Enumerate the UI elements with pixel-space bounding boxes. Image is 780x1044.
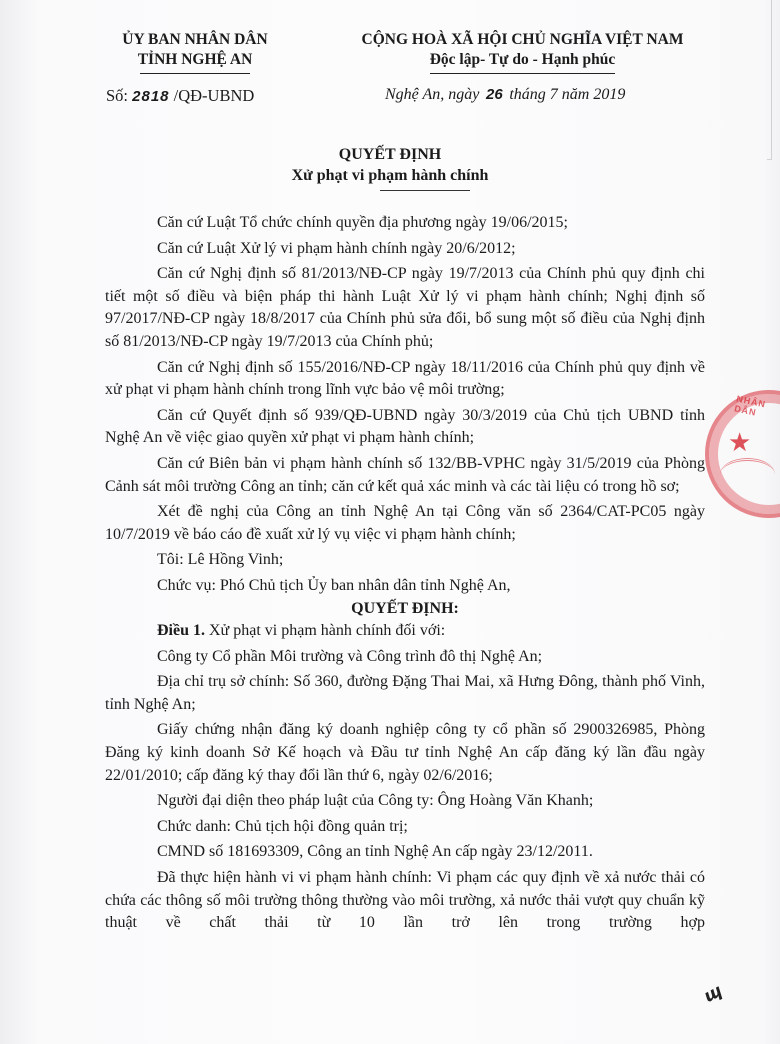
article-1-label: Điều 1.: [157, 622, 205, 639]
issue-date: Nghệ An, ngày 26 tháng 7 năm 2019: [385, 86, 625, 104]
article-1-line: Người đại diện theo pháp luật của Công t…: [105, 790, 705, 813]
article-1-line: Giấy chứng nhận đăng ký doanh nghiệp côn…: [105, 719, 705, 787]
page-edge-shadow: [771, 0, 772, 160]
agency-line-2: TỈNH NGHỆ AN: [95, 50, 295, 70]
agency-line-1: ỦY BAN NHÂN DÂN: [95, 30, 295, 50]
document-page: ỦY BAN NHÂN DÂN TỈNH NGHỆ AN Số: 2818 /Q…: [0, 0, 780, 1044]
nation-line-1: CỘNG HOÀ XÃ HỘI CHỦ NGHĨA VIỆT NAM: [335, 30, 710, 50]
date-day-handwritten: 26: [483, 86, 505, 103]
page-initials-signature: ɰ: [700, 981, 725, 1007]
preamble-paragraph: Căn cứ Nghị định số 81/2013/NĐ-CP ngày 1…: [105, 263, 705, 353]
article-1-line: Địa chỉ trụ sở chính: Số 360, đường Đặng…: [105, 671, 705, 716]
date-prefix: Nghệ An, ngày: [385, 86, 479, 103]
document-number: Số: 2818 /QĐ-UBND: [106, 86, 254, 106]
signer-position: Chức vụ: Phó Chủ tịch Ủy ban nhân dân tỉ…: [105, 575, 705, 598]
document-subtitle: Xử phạt vi phạm hành chính: [0, 167, 780, 185]
document-title: QUYẾT ĐỊNH: [0, 146, 780, 164]
doc-number-prefix: Số:: [106, 86, 128, 105]
preamble-paragraph: Căn cứ Luật Tổ chức chính quyền địa phươ…: [105, 212, 705, 235]
seal-emblem: [720, 458, 775, 491]
doc-number-handwritten: 2818: [132, 88, 169, 105]
article-1-heading: Điều 1. Xử phạt vi phạm hành chính đối v…: [105, 620, 705, 643]
preamble-paragraph: Căn cứ Nghị định số 155/2016/NĐ-CP ngày …: [105, 357, 705, 402]
doc-number-suffix: /QĐ-UBND: [174, 86, 255, 105]
subtitle-underline: [380, 190, 470, 191]
nation-line-2: Độc lập- Tự do - Hạnh phúc: [335, 50, 710, 70]
national-motto: CỘNG HOÀ XÃ HỘI CHỦ NGHĨA VIỆT NAM Độc l…: [335, 30, 710, 74]
article-1-line: Công ty Cổ phần Môi trường và Công trình…: [105, 646, 705, 669]
article-1-line: Chức danh: Chủ tịch hội đồng quản trị;: [105, 816, 705, 839]
signer-name: Tôi: Lê Hồng Vinh;: [105, 549, 705, 572]
document-body: Căn cứ Luật Tổ chức chính quyền địa phươ…: [105, 212, 705, 935]
issuing-agency: ỦY BAN NHÂN DÂN TỈNH NGHỆ AN: [95, 30, 295, 74]
decision-heading: QUYẾT ĐỊNH:: [105, 598, 705, 621]
date-suffix: tháng 7 năm 2019: [509, 86, 625, 103]
preamble-paragraph: Căn cứ Luật Xử lý vi phạm hành chính ngà…: [105, 238, 705, 261]
article-1-line: Đã thực hiện hành vi vi phạm hành chính:…: [105, 867, 705, 935]
seal-star-icon: ★: [728, 430, 751, 456]
preamble-paragraph: Căn cứ Biên bản vi phạm hành chính số 13…: [105, 453, 705, 498]
article-1-lead: Xử phạt vi phạm hành chính đối với:: [205, 622, 445, 639]
preamble-paragraph: Xét đề nghị của Công an tỉnh Nghệ An tại…: [105, 501, 705, 546]
article-1-line: CMND số 181693309, Công an tỉnh Nghệ An …: [105, 841, 705, 864]
preamble-paragraph: Căn cứ Quyết định số 939/QĐ-UBND ngày 30…: [105, 405, 705, 450]
motto-underline: [430, 73, 615, 74]
agency-underline: [140, 73, 250, 74]
